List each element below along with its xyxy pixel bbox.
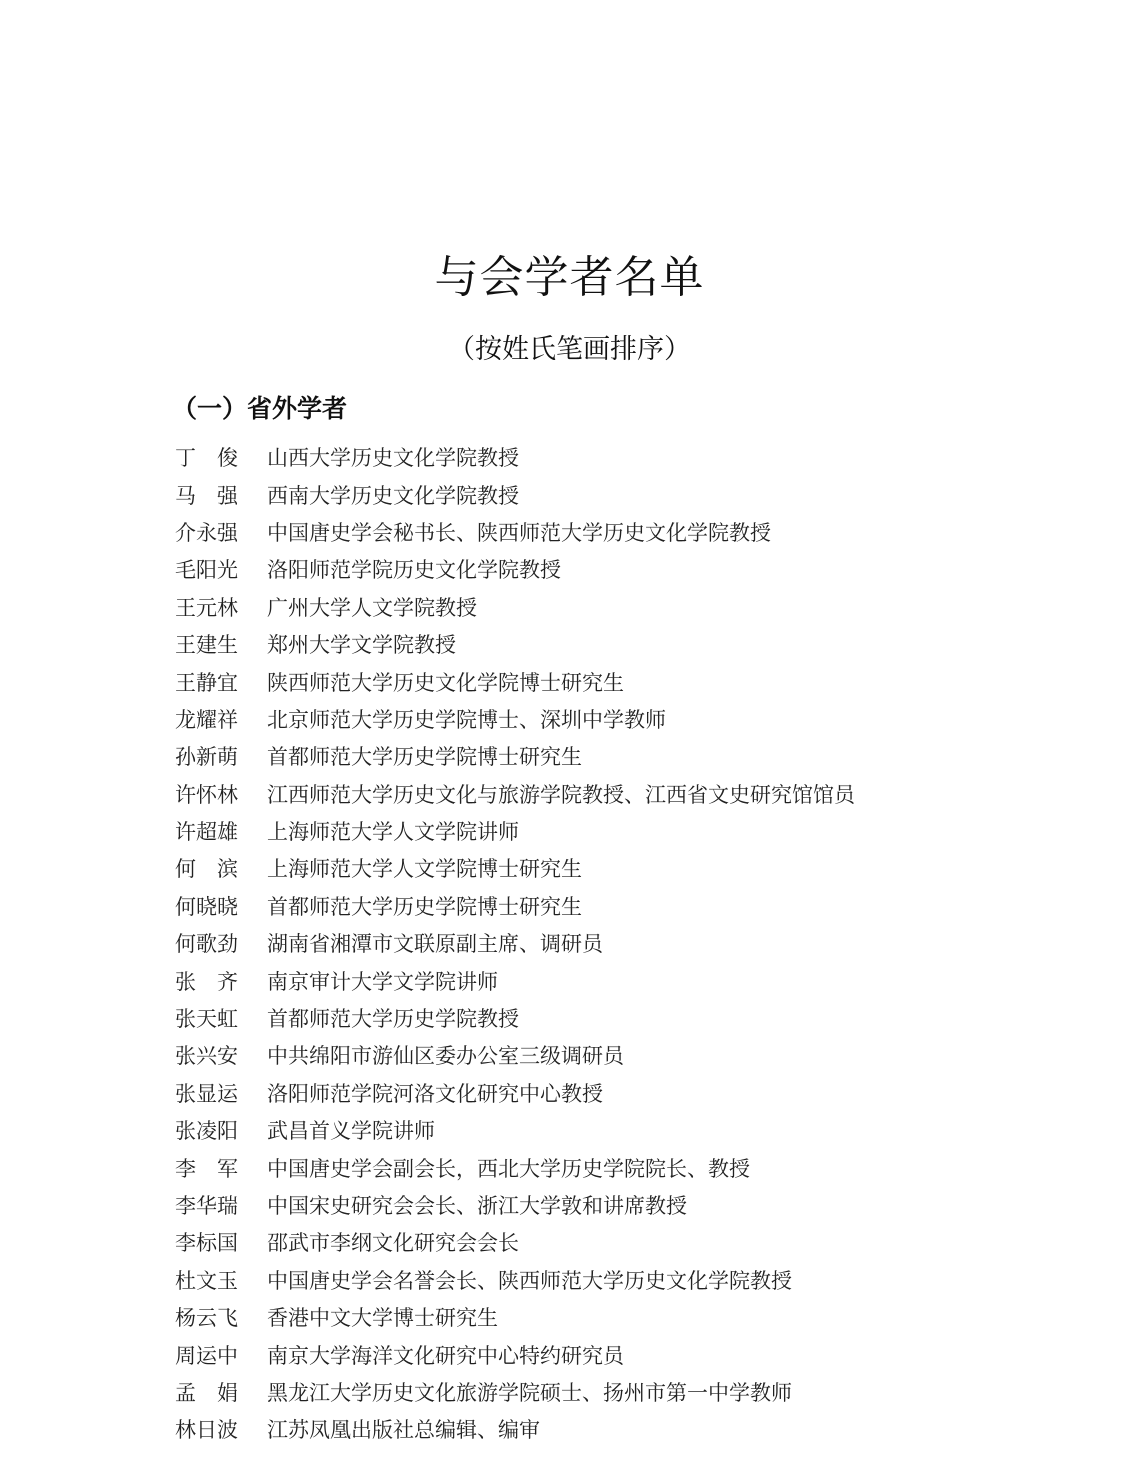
scholar-name: 孟 娟 bbox=[175, 1375, 267, 1412]
list-item: 毛阳光洛阳师范学院历史文化学院教授 bbox=[175, 552, 1075, 589]
scholar-name: 张凌阳 bbox=[175, 1113, 267, 1150]
scholar-name: 何歌劲 bbox=[175, 926, 267, 963]
scholar-affiliation: 江西师范大学历史文化与旅游学院教授、江西省文史研究馆馆员 bbox=[267, 777, 855, 814]
list-item: 龙耀祥北京师范大学历史学院博士、深圳中学教师 bbox=[175, 702, 1075, 739]
list-item: 何 滨上海师范大学人文学院博士研究生 bbox=[175, 851, 1075, 888]
scholar-name: 何晓晓 bbox=[175, 889, 267, 926]
scholar-affiliation: 上海师范大学人文学院讲师 bbox=[267, 814, 519, 851]
scholar-affiliation: 南京审计大学文学院讲师 bbox=[267, 964, 498, 1001]
list-item: 张天虹首都师范大学历史学院教授 bbox=[175, 1001, 1075, 1038]
scholar-affiliation: 香港中文大学博士研究生 bbox=[267, 1300, 498, 1337]
scholar-affiliation: 上海师范大学人文学院博士研究生 bbox=[267, 851, 582, 888]
list-item: 王元林广州大学人文学院教授 bbox=[175, 590, 1075, 627]
list-item: 孟 娟黑龙江大学历史文化旅游学院硕士、扬州市第一中学教师 bbox=[175, 1375, 1075, 1412]
scholar-affiliation: 洛阳师范学院历史文化学院教授 bbox=[267, 552, 561, 589]
scholar-affiliation: 中国唐史学会名誉会长、陕西师范大学历史文化学院教授 bbox=[267, 1263, 792, 1300]
list-item: 李标国邵武市李纲文化研究会会长 bbox=[175, 1225, 1075, 1262]
scholar-affiliation: 洛阳师范学院河洛文化研究中心教授 bbox=[267, 1076, 603, 1113]
scholar-name: 许超雄 bbox=[175, 814, 267, 851]
list-item: 何歌劲湖南省湘潭市文联原副主席、调研员 bbox=[175, 926, 1075, 963]
scholar-name: 李标国 bbox=[175, 1225, 267, 1262]
list-item: 孙新萌首都师范大学历史学院博士研究生 bbox=[175, 739, 1075, 776]
scholar-affiliation: 北京师范大学历史学院博士、深圳中学教师 bbox=[267, 702, 666, 739]
scholar-affiliation: 黑龙江大学历史文化旅游学院硕士、扬州市第一中学教师 bbox=[267, 1375, 792, 1412]
list-item: 介永强中国唐史学会秘书长、陕西师范大学历史文化学院教授 bbox=[175, 515, 1075, 552]
scholar-name: 李华瑞 bbox=[175, 1188, 267, 1225]
scholar-affiliation: 首都师范大学历史学院教授 bbox=[267, 1001, 519, 1038]
list-item: 李华瑞中国宋史研究会会长、浙江大学敦和讲席教授 bbox=[175, 1188, 1075, 1225]
scholar-name: 马 强 bbox=[175, 478, 267, 515]
scholar-affiliation: 邵武市李纲文化研究会会长 bbox=[267, 1225, 519, 1262]
scholar-name: 王建生 bbox=[175, 627, 267, 664]
list-item: 张兴安中共绵阳市游仙区委办公室三级调研员 bbox=[175, 1038, 1075, 1075]
list-item: 何晓晓首都师范大学历史学院博士研究生 bbox=[175, 889, 1075, 926]
scholar-name: 毛阳光 bbox=[175, 552, 267, 589]
list-item: 丁 俊山西大学历史文化学院教授 bbox=[175, 440, 1075, 477]
list-item: 林日波江苏凤凰出版社总编辑、编审 bbox=[175, 1412, 1075, 1449]
scholar-name: 何 滨 bbox=[175, 851, 267, 888]
list-item: 许怀林江西师范大学历史文化与旅游学院教授、江西省文史研究馆馆员 bbox=[175, 777, 1075, 814]
list-item: 张显运洛阳师范学院河洛文化研究中心教授 bbox=[175, 1076, 1075, 1113]
page-title: 与会学者名单 bbox=[0, 248, 1139, 308]
scholar-name: 杨云飞 bbox=[175, 1300, 267, 1337]
list-item: 王静宜陕西师范大学历史文化学院博士研究生 bbox=[175, 664, 1075, 701]
scholar-affiliation: 中国唐史学会副会长，西北大学历史学院院长、教授 bbox=[267, 1151, 750, 1188]
scholar-name: 李 军 bbox=[175, 1151, 267, 1188]
scholar-affiliation: 江苏凤凰出版社总编辑、编审 bbox=[267, 1412, 540, 1449]
list-item: 张凌阳武昌首义学院讲师 bbox=[175, 1113, 1075, 1150]
scholar-name: 王静宜 bbox=[175, 665, 267, 702]
list-item: 杜文玉中国唐史学会名誉会长、陕西师范大学历史文化学院教授 bbox=[175, 1263, 1075, 1300]
list-item: 李 军中国唐史学会副会长，西北大学历史学院院长、教授 bbox=[175, 1150, 1075, 1187]
scholar-name: 介永强 bbox=[175, 515, 267, 552]
list-item: 周运中南京大学海洋文化研究中心特约研究员 bbox=[175, 1337, 1075, 1374]
list-item: 王建生郑州大学文学院教授 bbox=[175, 627, 1075, 664]
scholar-name: 杜文玉 bbox=[175, 1263, 267, 1300]
scholar-affiliation: 西南大学历史文化学院教授 bbox=[267, 478, 519, 515]
scholar-affiliation: 湖南省湘潭市文联原副主席、调研员 bbox=[267, 926, 603, 963]
scholar-name: 丁 俊 bbox=[175, 440, 267, 477]
scholar-name: 王元林 bbox=[175, 590, 267, 627]
scholar-affiliation: 中国唐史学会秘书长、陕西师范大学历史文化学院教授 bbox=[267, 515, 771, 552]
scholar-name: 许怀林 bbox=[175, 777, 267, 814]
scholar-affiliation: 广州大学人文学院教授 bbox=[267, 590, 477, 627]
scholar-name: 周运中 bbox=[175, 1338, 267, 1375]
scholar-list: 丁 俊山西大学历史文化学院教授 马 强西南大学历史文化学院教授 介永强中国唐史学… bbox=[175, 440, 1075, 1450]
scholar-affiliation: 首都师范大学历史学院博士研究生 bbox=[267, 739, 582, 776]
scholar-affiliation: 山西大学历史文化学院教授 bbox=[267, 440, 519, 477]
scholar-affiliation: 南京大学海洋文化研究中心特约研究员 bbox=[267, 1338, 624, 1375]
scholar-name: 张天虹 bbox=[175, 1001, 267, 1038]
scholar-name: 孙新萌 bbox=[175, 739, 267, 776]
scholar-name: 龙耀祥 bbox=[175, 702, 267, 739]
list-item: 许超雄上海师范大学人文学院讲师 bbox=[175, 814, 1075, 851]
scholar-name: 张 齐 bbox=[175, 964, 267, 1001]
page-subtitle: （按姓氏笔画排序） bbox=[0, 330, 1139, 370]
list-item: 马 强西南大学历史文化学院教授 bbox=[175, 477, 1075, 514]
scholar-affiliation: 中国宋史研究会会长、浙江大学敦和讲席教授 bbox=[267, 1188, 687, 1225]
section-heading: （一）省外学者 bbox=[172, 390, 347, 428]
scholar-affiliation: 中共绵阳市游仙区委办公室三级调研员 bbox=[267, 1038, 624, 1075]
scholar-affiliation: 郑州大学文学院教授 bbox=[267, 627, 456, 664]
scholar-name: 张兴安 bbox=[175, 1038, 267, 1075]
list-item: 杨云飞香港中文大学博士研究生 bbox=[175, 1300, 1075, 1337]
list-item: 张 齐南京审计大学文学院讲师 bbox=[175, 963, 1075, 1000]
scholar-name: 张显运 bbox=[175, 1076, 267, 1113]
scholar-affiliation: 陕西师范大学历史文化学院博士研究生 bbox=[267, 665, 624, 702]
scholar-name: 林日波 bbox=[175, 1412, 267, 1449]
scholar-affiliation: 武昌首义学院讲师 bbox=[267, 1113, 435, 1150]
scholar-affiliation: 首都师范大学历史学院博士研究生 bbox=[267, 889, 582, 926]
